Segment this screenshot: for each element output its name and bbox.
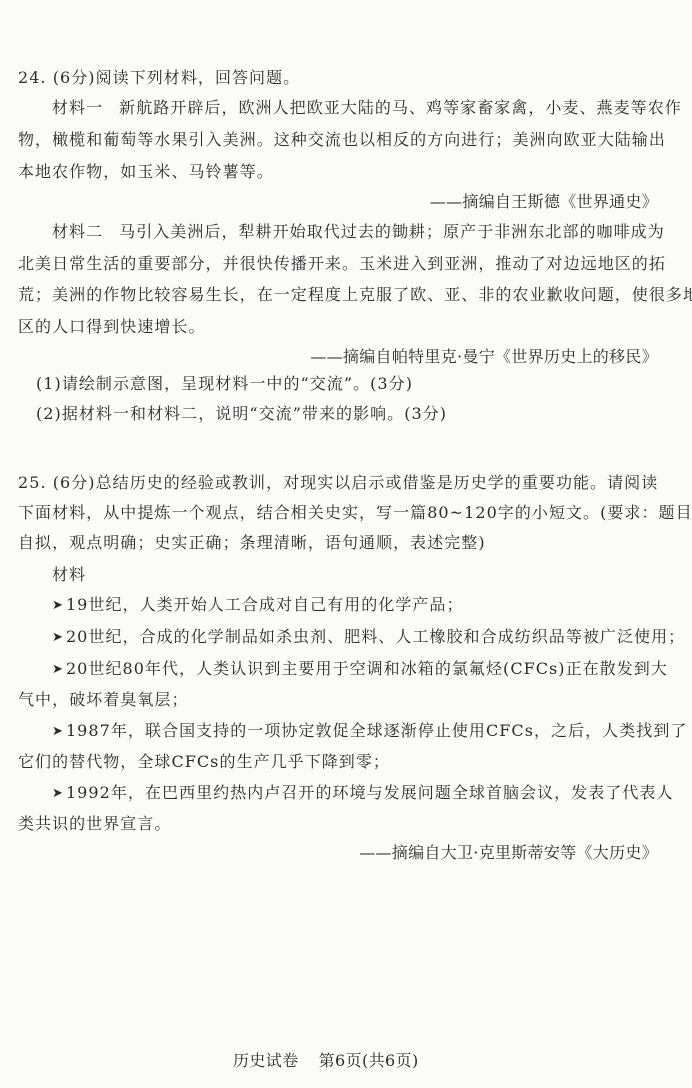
material-2-source: ——摘编自帕特里克·曼宁《世界历史上的移民》 bbox=[310, 347, 658, 367]
footer-page-number: 第6页(共6页) bbox=[319, 1051, 419, 1070]
bullet-2: ➤20世纪，合成的化学制品如杀虫剂、肥料、人工橡胶和合成纺织品等被广泛使用； bbox=[52, 627, 658, 649]
bullet-text: 19世纪，人类开始人工合成对自己有用的化学产品； bbox=[66, 595, 464, 614]
arrow-bullet-icon: ➤ bbox=[52, 724, 64, 739]
bullet-text: 20世纪80年代，人类认识到主要用于空调和冰箱的氯氟烃(CFCs)正在散发到大 bbox=[66, 659, 668, 678]
material-2-text: 马引入美洲后，犁耕开始取代过去的锄耕；原产于非洲东北部的咖啡成为 bbox=[119, 222, 665, 241]
footer-subject: 历史试卷 bbox=[233, 1051, 299, 1070]
bullet-3: ➤20世纪80年代，人类认识到主要用于空调和冰箱的氯氟烃(CFCs)正在散发到大 bbox=[52, 659, 658, 681]
bullet-text: 1992年，在巴西里约热内卢召开的环境与发展问题全球首脑会议，发表了代表人 bbox=[66, 783, 674, 802]
question-24-title: 24. (6分)阅读下列材料，回答问题。 bbox=[18, 68, 658, 88]
material-1-text: 新航路开辟后，欧洲人把欧亚大陆的马、鸡等家畜家禽，小麦、燕麦等农作 bbox=[119, 98, 682, 117]
page-footer: 历史试卷第6页(共6页) bbox=[233, 1051, 419, 1071]
bullet-text: 1987年，联合国支持的一项协定敦促全球逐渐停止使用CFCs，之后，人类找到了 bbox=[66, 721, 687, 740]
question-25-line-1: 25. (6分)总结历史的经验或教训，对现实以启示或借鉴是历史学的重要功能。请阅… bbox=[18, 473, 658, 493]
material-1-label: 材料一 bbox=[52, 98, 103, 117]
bullet-4-continuation: 它们的替代物，全球CFCs的生产几乎下降到零； bbox=[18, 752, 658, 772]
material-2-line-3: 荒；美洲的作物比较容易生长，在一定程度上克服了欧、亚、非的农业歉收问题，使很多地 bbox=[18, 285, 658, 305]
bullet-5: ➤1992年，在巴西里约热内卢召开的环境与发展问题全球首脑会议，发表了代表人 bbox=[52, 783, 658, 805]
question-25-line-3: 自拟，观点明确；史实正确；条理清晰，语句通顺，表述完整) bbox=[18, 533, 658, 553]
arrow-bullet-icon: ➤ bbox=[52, 598, 64, 613]
question-25-line-2: 下面材料，从中提炼一个观点，结合相关史实，写一篇80~120字的小短文。(要求：… bbox=[18, 503, 658, 523]
arrow-bullet-icon: ➤ bbox=[52, 630, 64, 645]
arrow-bullet-icon: ➤ bbox=[52, 786, 64, 801]
bullet-3-continuation: 气中，破坏着臭氧层； bbox=[18, 690, 658, 710]
material-2-line-1: 材料二马引入美洲后，犁耕开始取代过去的锄耕；原产于非洲东北部的咖啡成为 bbox=[52, 222, 658, 242]
bullet-4: ➤1987年，联合国支持的一项协定敦促全球逐渐停止使用CFCs，之后，人类找到了 bbox=[52, 721, 658, 743]
material-1-line-1: 材料一新航路开辟后，欧洲人把欧亚大陆的马、鸡等家畜家禽，小麦、燕麦等农作 bbox=[52, 98, 658, 118]
bullet-1: ➤19世纪，人类开始人工合成对自己有用的化学产品； bbox=[52, 595, 658, 617]
material-1-line-3: 本地农作物，如玉米、马铃薯等。 bbox=[18, 162, 658, 182]
arrow-bullet-icon: ➤ bbox=[52, 662, 64, 677]
sub-question-1: (1)请绘制示意图，呈现材料一中的“交流”。(3分) bbox=[36, 374, 676, 394]
material-2-line-4: 区的人口得到快速增长。 bbox=[18, 317, 658, 337]
material-1-source: ——摘编自王斯德《世界通史》 bbox=[430, 192, 658, 212]
material-2-line-2: 北美日常生活的重要部分，并很快传播开来。玉米进入到亚洲，推动了对边远地区的拓 bbox=[18, 254, 658, 274]
bullet-5-continuation: 类共识的世界宣言。 bbox=[18, 814, 658, 834]
material-1-line-2: 物，橄榄和葡萄等水果引入美洲。这种交流也以相反的方向进行；美洲向欧亚大陆输出 bbox=[18, 130, 658, 150]
bullet-text: 20世纪，合成的化学制品如杀虫剂、肥料、人工橡胶和合成纺织品等被广泛使用； bbox=[66, 627, 685, 646]
material-2-label: 材料二 bbox=[52, 222, 103, 241]
material-label: 材料 bbox=[52, 565, 658, 585]
sub-question-2: (2)据材料一和材料二，说明“交流”带来的影响。(3分) bbox=[36, 404, 676, 424]
question-25-source: ——摘编自大卫·克里斯蒂安等《大历史》 bbox=[359, 843, 658, 863]
